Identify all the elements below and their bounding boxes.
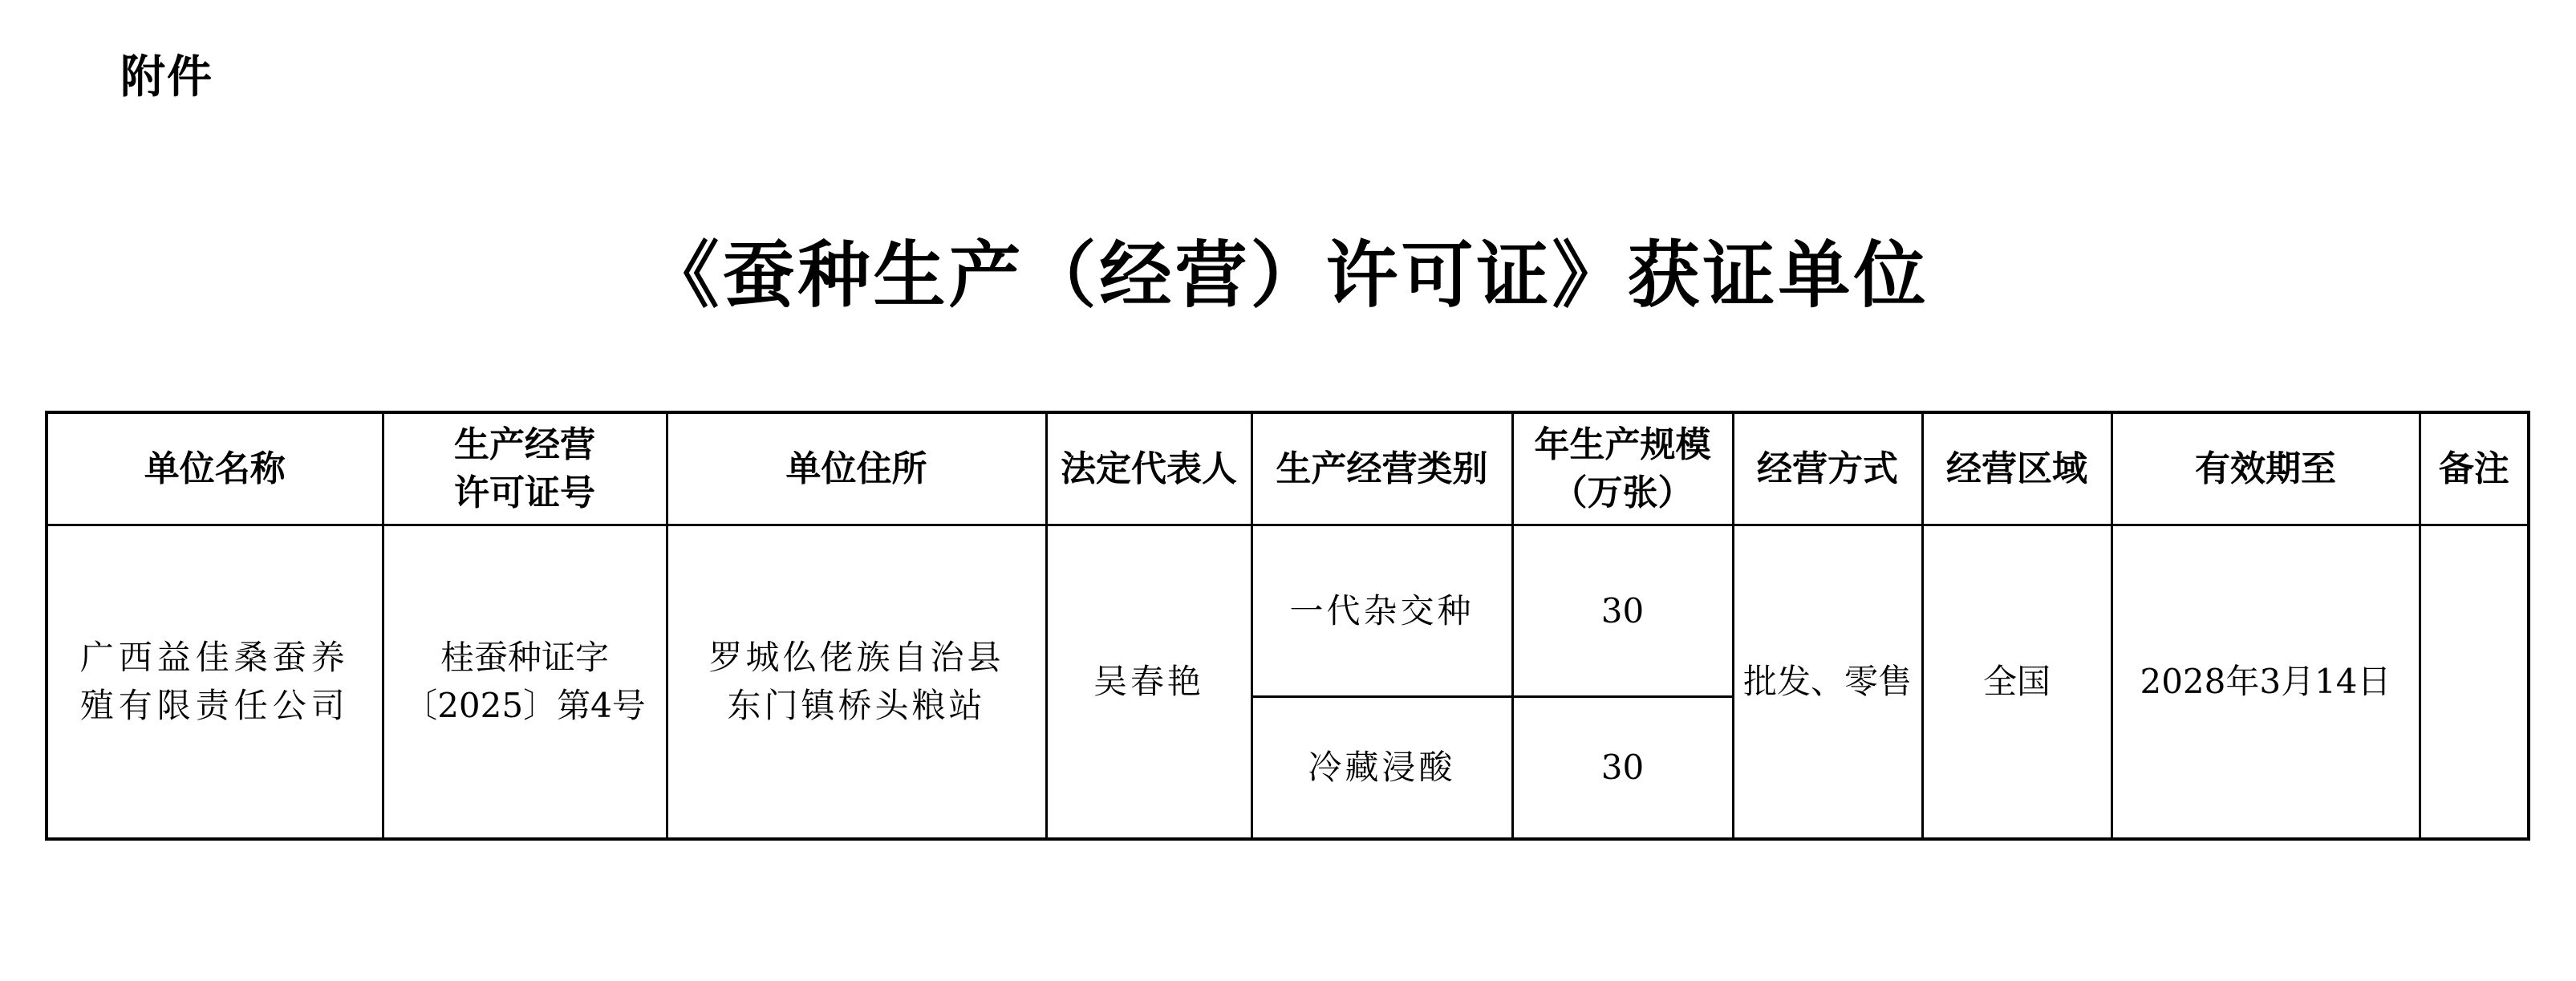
cell-category-1: 一代杂交种 xyxy=(1251,525,1512,697)
cell-scale-1: 30 xyxy=(1512,525,1733,697)
cell-unit-name: 广西益佳桑蚕养殖有限责任公司 xyxy=(47,525,383,840)
header-legal-rep: 法定代表人 xyxy=(1046,412,1251,525)
header-row: 单位名称 生产经营许可证号 单位住所 法定代表人 生产经营类别 年生产规模（万张… xyxy=(47,412,2529,525)
header-address: 单位住所 xyxy=(667,412,1046,525)
header-valid-until: 有效期至 xyxy=(2112,412,2420,525)
header-business-mode: 经营方式 xyxy=(1733,412,1922,525)
cell-license-no: 桂蚕种证字〔2025〕第4号 xyxy=(383,525,667,840)
table-row: 广西益佳桑蚕养殖有限责任公司 桂蚕种证字〔2025〕第4号 罗城仫佬族自治县东门… xyxy=(47,525,2529,697)
header-remarks: 备注 xyxy=(2420,412,2529,525)
header-category: 生产经营类别 xyxy=(1251,412,1512,525)
header-license-no: 生产经营许可证号 xyxy=(383,412,667,525)
cell-business-area: 全国 xyxy=(1922,525,2112,840)
header-unit-name: 单位名称 xyxy=(47,412,383,525)
header-annual-scale: 年生产规模（万张） xyxy=(1512,412,1733,525)
attachment-label: 附件 xyxy=(120,42,213,106)
cell-scale-2: 30 xyxy=(1512,697,1733,840)
cell-remarks xyxy=(2420,525,2529,840)
license-holders-table: 单位名称 生产经营许可证号 单位住所 法定代表人 生产经营类别 年生产规模（万张… xyxy=(45,411,2530,841)
cell-valid-until: 2028年3月14日 xyxy=(2112,525,2420,840)
header-business-area: 经营区域 xyxy=(1922,412,2112,525)
cell-address: 罗城仫佬族自治县东门镇桥头粮站 xyxy=(667,525,1046,840)
cell-legal-rep: 吴春艳 xyxy=(1046,525,1251,840)
cell-category-2: 冷藏浸酸 xyxy=(1251,697,1512,840)
page-title: 《蚕种生产（经营）许可证》获证单位 xyxy=(0,217,2576,321)
cell-business-mode: 批发、零售 xyxy=(1733,525,1922,840)
